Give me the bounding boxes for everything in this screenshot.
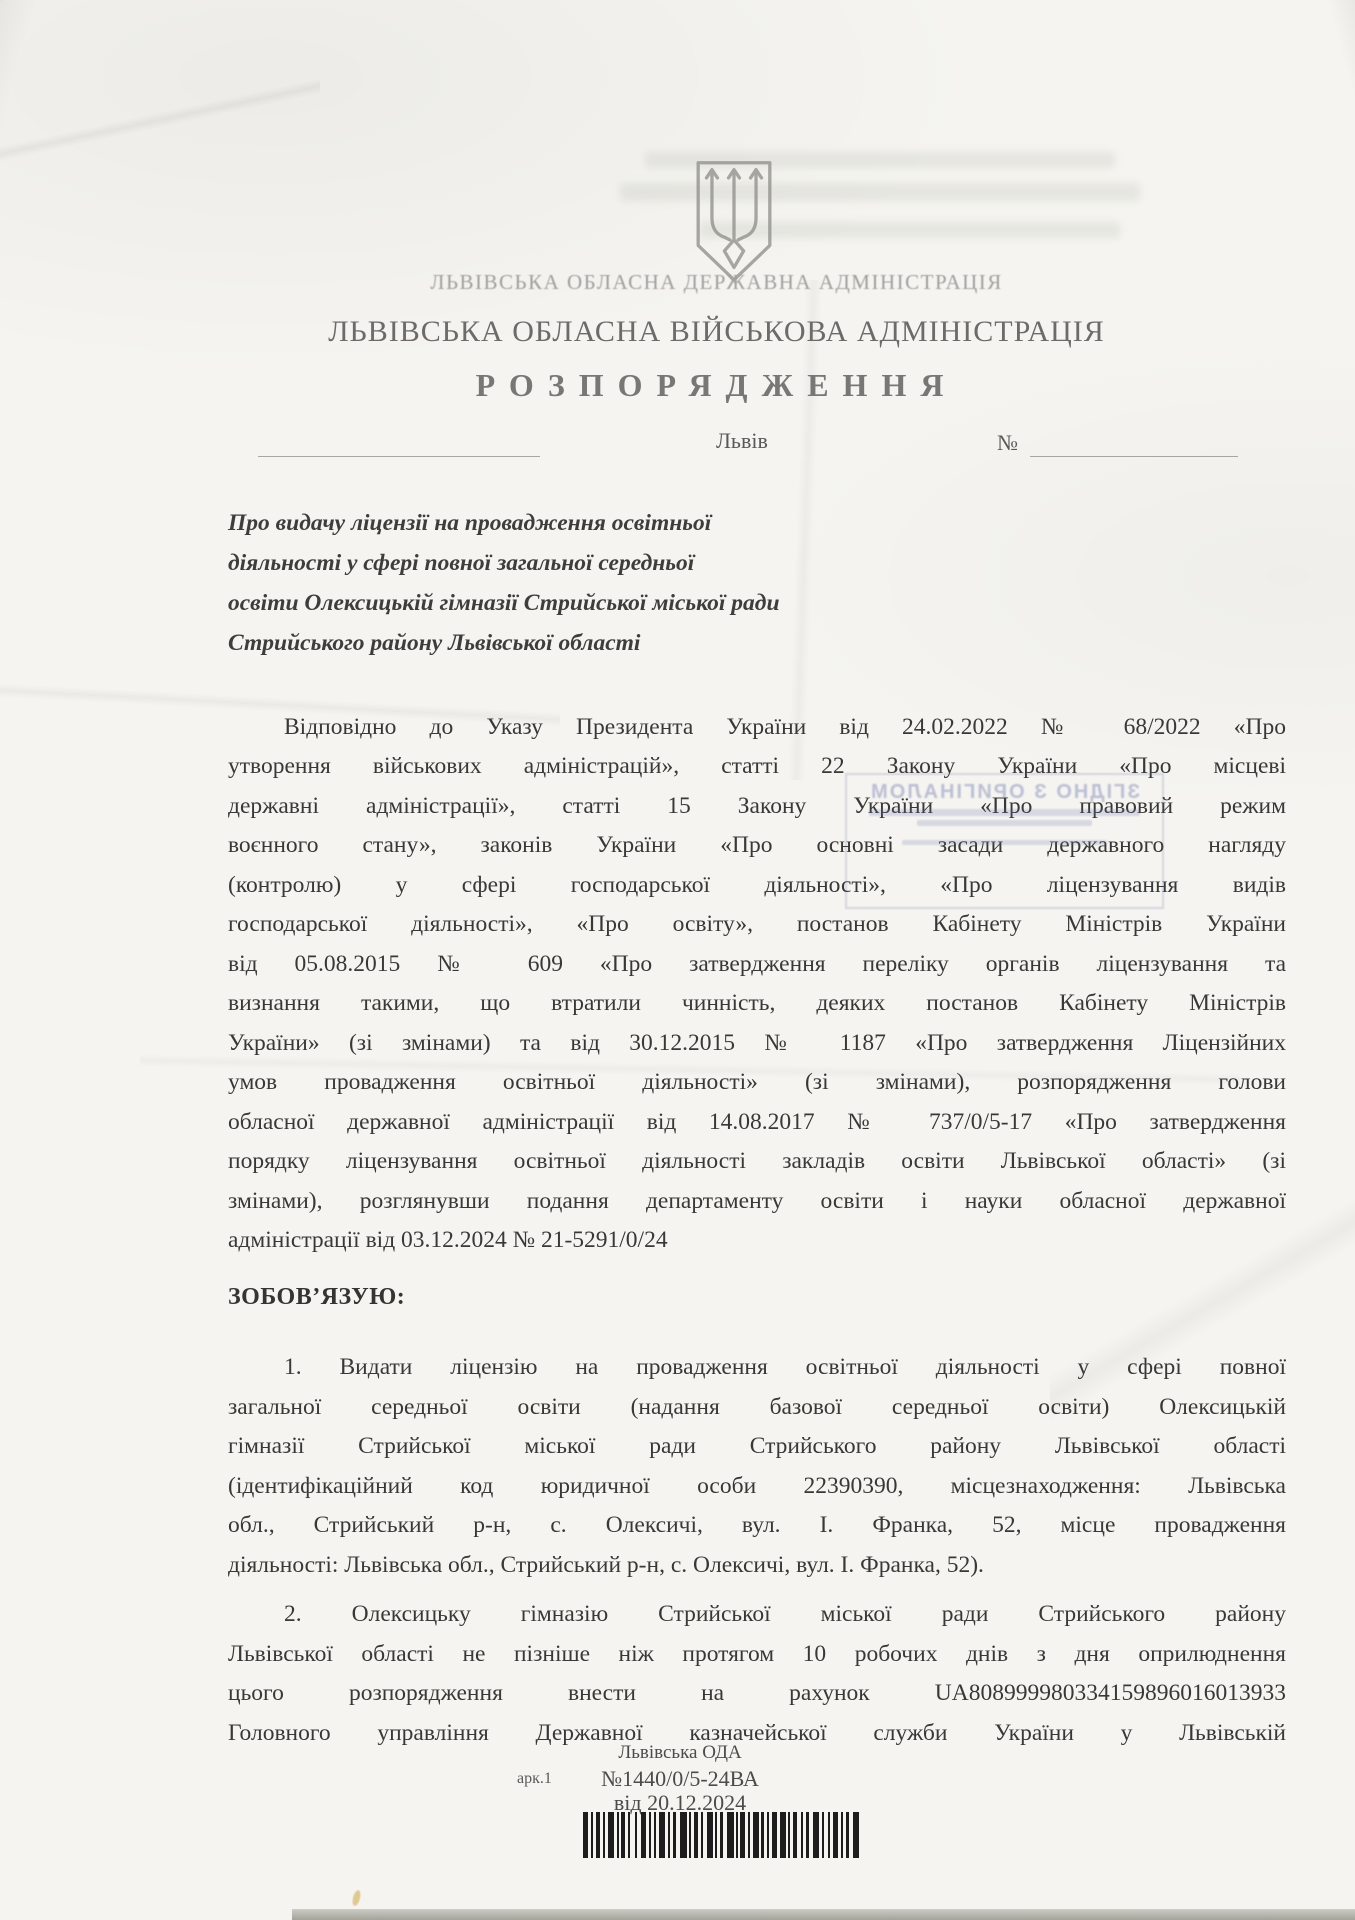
certified-copy-stamp-bleedthrough: ЗГІДНО З ОРИГІНАЛОМ bbox=[845, 773, 1164, 909]
stamp-illegible-line bbox=[902, 840, 1107, 845]
footer-sheet-count: арк.1 bbox=[517, 1770, 552, 1788]
item2-line: цього розпорядження внести на рахунок UA… bbox=[228, 1674, 1286, 1714]
org-name: ЛЬВІВСЬКА ОБЛАСНА ВІЙСЬКОВА АДМІНІСТРАЦІ… bbox=[148, 315, 1285, 349]
footer-org: Львівська ОДА bbox=[455, 1742, 905, 1764]
number-blank-line bbox=[1030, 456, 1238, 457]
registration-footer: Львівська ОДА арк.1 №1440/0/5-24ВА від 2… bbox=[455, 1742, 905, 1816]
item1-line: обл., Стрийський р-н, с. Олексичі, вул. … bbox=[228, 1506, 1286, 1546]
stamp-illegible-line bbox=[869, 809, 1140, 816]
item1-line: 1. Видати ліцензію на провадження освітн… bbox=[228, 1348, 1286, 1388]
scanner-edge-strip bbox=[292, 1909, 1355, 1920]
preamble-line: порядку ліцензування освітньої діяльност… bbox=[228, 1142, 1286, 1182]
number-label: № bbox=[997, 430, 1018, 456]
subject-line: освіти Олексицькій гімназії Стрийської м… bbox=[228, 583, 948, 623]
item1-line: діяльності: Львівська обл., Стрийський р… bbox=[228, 1546, 1286, 1586]
paper-crease bbox=[0, 55, 320, 185]
resolution-heading: ЗОБОВ’ЯЗУЮ: bbox=[228, 1284, 405, 1311]
registration-barcode bbox=[583, 1812, 861, 1858]
item1-line: (ідентифікаційний код юридичної особи 22… bbox=[228, 1467, 1286, 1507]
item2-line: 2. Олексицьку гімназію Стрийської місько… bbox=[228, 1595, 1286, 1635]
subject-line: Про видачу ліцензії на провадження освіт… bbox=[228, 503, 948, 543]
subject-block: Про видачу ліцензії на провадження освіт… bbox=[228, 503, 948, 663]
item2-line: Львівської області не пізніше ніж протяг… bbox=[228, 1635, 1286, 1675]
item1-line: гімназії Стрийської міської ради Стрийсь… bbox=[228, 1427, 1286, 1467]
preamble-line: обласної державної адміністрації від 14.… bbox=[228, 1103, 1286, 1143]
preamble-line: адміністрації від 03.12.2024 № 21-5291/0… bbox=[228, 1221, 1286, 1261]
tryzub-emblem-icon bbox=[692, 160, 776, 284]
preamble-line: України» (зі змінами) та від 30.12.2015 … bbox=[228, 1024, 1286, 1064]
preamble-line: визнання такими, що втратили чинність, д… bbox=[228, 984, 1286, 1024]
parent-org-name: ЛЬВІВСЬКА ОБЛАСНА ДЕРЖАВНА АДМІНІСТРАЦІЯ bbox=[148, 270, 1285, 295]
footer-doc-number: №1440/0/5-24ВА bbox=[601, 1766, 759, 1791]
item1-line: загальної середньої освіти (надання базо… bbox=[228, 1388, 1286, 1428]
subject-line: діяльності у сфері повної загальної сере… bbox=[228, 543, 948, 583]
subject-line: Стрийського району Львівської області bbox=[228, 623, 948, 663]
stamp-text: ЗГІДНО З ОРИГІНАЛОМ bbox=[847, 781, 1162, 804]
preamble-line: господарської діяльності», «Про освіту»,… bbox=[228, 905, 1286, 945]
paper-stain bbox=[351, 1889, 362, 1906]
stamp-illegible-line bbox=[917, 820, 1092, 826]
preamble-line: Відповідно до Указу Президента України в… bbox=[228, 708, 1286, 748]
preamble-line: змінами), розглянувши подання департамен… bbox=[228, 1182, 1286, 1222]
document-type-title: РОЗПОРЯДЖЕННЯ bbox=[148, 367, 1285, 404]
place-name: Львів bbox=[716, 428, 768, 454]
preamble-line: умов провадження освітньої діяльності» (… bbox=[228, 1063, 1286, 1103]
scanned-document-page: ЛЬВІВСЬКА ОБЛАСНА ДЕРЖАВНА АДМІНІСТРАЦІЯ… bbox=[0, 0, 1355, 1920]
date-blank-line bbox=[258, 456, 540, 457]
preamble-line: від 05.08.2015 № 609 «Про затвердження п… bbox=[228, 945, 1286, 985]
